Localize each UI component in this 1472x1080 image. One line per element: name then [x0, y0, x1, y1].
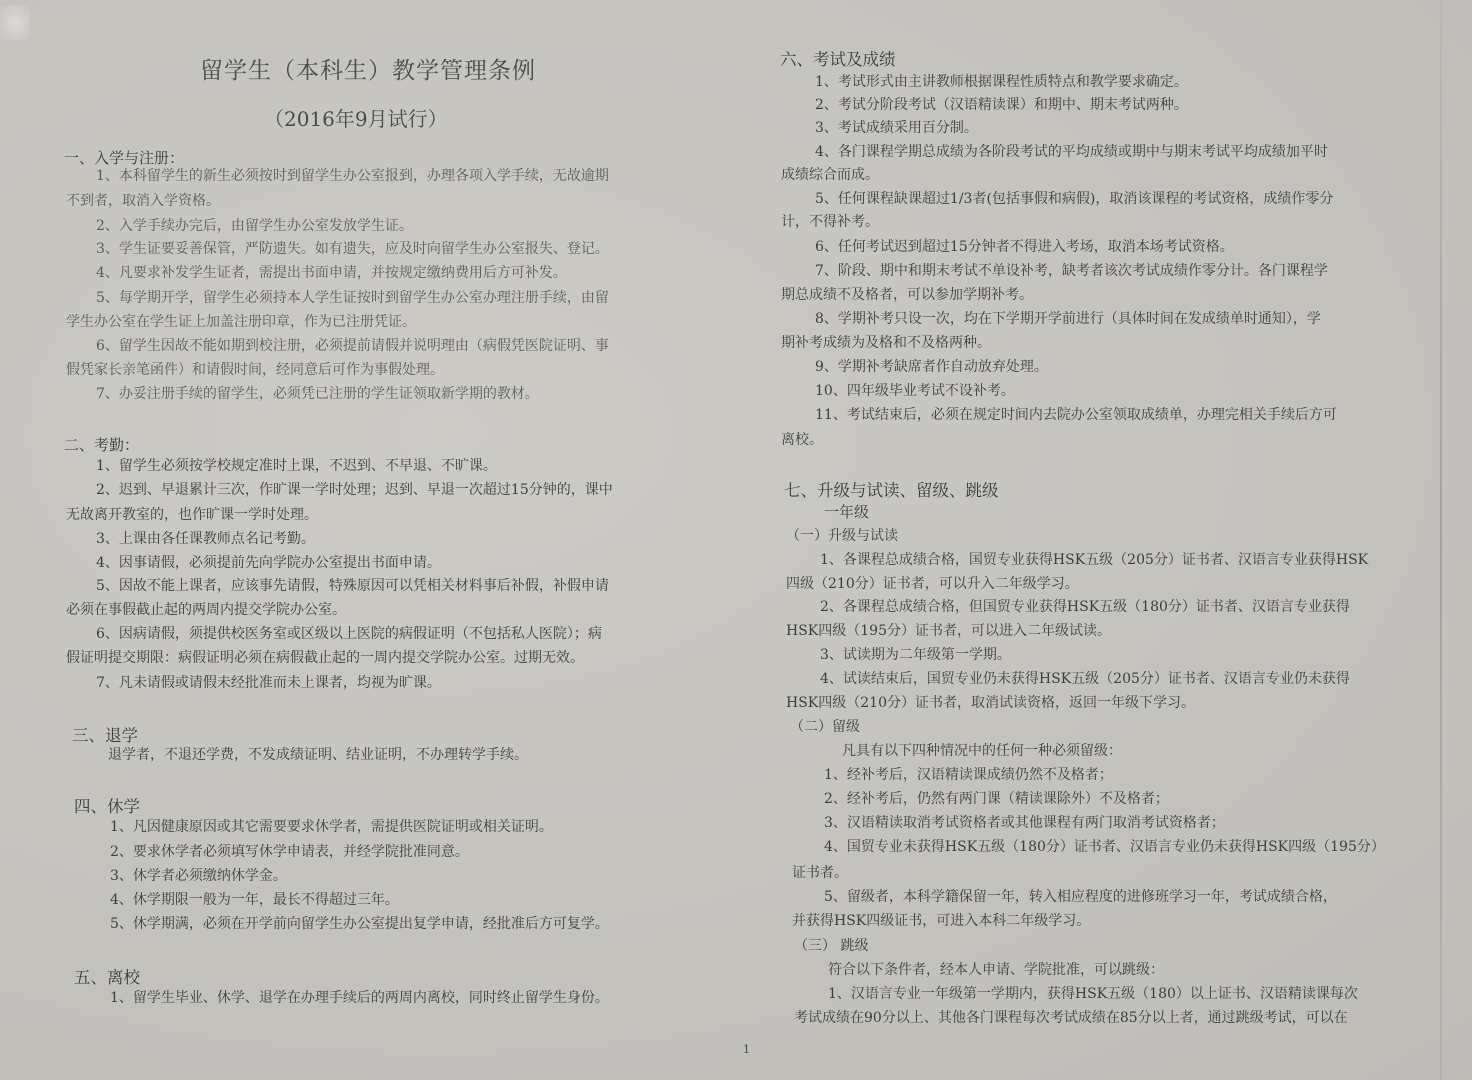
paper-smudge — [0, 5, 30, 40]
list-item: 期补考成绩为及格和不及格两种。 — [781, 334, 991, 352]
section-heading-enrollment: 一、入学与注册： — [64, 147, 184, 168]
list-item: 证书者。 — [792, 864, 848, 882]
list-item: 3、上课由各任课教师点名记考勤。 — [96, 530, 315, 548]
scanned-document-page: 留学生（本科生）教学管理条例 （2016年9月试行） 一、入学与注册： 1、本科… — [0, 0, 1472, 1080]
list-item: 1、本科留学生的新生必须按时到留学生办公室报到，办理各项入学手续，无故逾期 — [96, 167, 609, 185]
list-item: 1、各课程总成绩合格，国贸专业获得HSK五级（205分）证书者、汉语言专业获得H… — [820, 551, 1368, 569]
list-item: 10、四年级毕业考试不设补考。 — [815, 382, 1015, 400]
list-item: 9、学期补考缺席者作自动放弃处理。 — [815, 358, 1048, 376]
list-item: 5、因故不能上课者，应该事先请假，特殊原因可以凭相关材料事后补假，补假申请 — [96, 577, 609, 595]
list-item: 1、凡因健康原因或其它需要要求休学者，需提供医院证明或相关证明。 — [110, 818, 553, 836]
list-item: 假证明提交期限：病假证明必须在病假截止起的一周内提交学院办公室。过期无效。 — [66, 649, 584, 667]
list-item: 7、阶段、期中和期末考试不单设补考，缺考者该次考试成绩作零分计。各门课程学 — [815, 262, 1328, 280]
list-item: 11、考试结束后，必须在规定时间内去院办公室领取成绩单，办理完相关手续后方可 — [815, 406, 1337, 424]
list-item: 1、经补考后，汉语精读课成绩仍然不及格者； — [824, 766, 1113, 784]
list-item: 5、任何课程缺课超过1/3者(包括事假和病假)，取消该课程的考试资格，成绩作零分 — [815, 190, 1333, 208]
list-item: 期总成绩不及格者，可以参加学期补考。 — [781, 286, 1033, 304]
list-item: 5、每学期开学，留学生必须持本人学生证按时到留学生办公室办理注册手续，由留 — [96, 289, 609, 307]
list-item: 7、办妥注册手续的留学生，必须凭已注册的学生证领取新学期的教材。 — [96, 385, 539, 403]
list-item: 4、因事请假，必须提前先向学院办公室提出书面申请。 — [96, 554, 441, 572]
list-item: 2、各课程总成绩合格，但国贸专业获得HSK五级（180分）证书者、汉语言专业获得 — [820, 598, 1350, 616]
list-item: HSK四级（210分）证书者，取消试读资格，返回一年级下学习。 — [786, 694, 1195, 712]
list-item: 1、留学生必须按学校规定准时上课，不迟到、不早退、不旷课。 — [96, 457, 497, 475]
section-heading-attendance: 二、考勤： — [64, 434, 139, 455]
list-item: 4、试读结束后，国贸专业仍未获得HSK五级（205分）证书者、汉语言专业仍未获得 — [820, 670, 1350, 688]
list-item: 4、凡要求补发学生证者，需提出书面申请，并按规定缴纳费用后方可补发。 — [96, 264, 567, 282]
list-item: 必须在事假截止起的两周内提交学院办公室。 — [66, 601, 346, 619]
grade-label: 一年级 — [824, 503, 869, 521]
document-subtitle: （2016年9月试行） — [264, 103, 448, 132]
paper-fold-line — [1440, 0, 1442, 1080]
list-item: HSK四级（195分）证书者，可以进入二年级试读。 — [786, 622, 1111, 640]
list-item: 学生办公室在学生证上加盖注册印章，作为已注册凭证。 — [66, 313, 416, 331]
section-heading-promotion: 七、升级与试读、留级、跳级 — [784, 477, 999, 501]
list-item: 1、考试形式由主讲教师根据课程性质特点和教学要求确定。 — [815, 73, 1188, 91]
list-item: 四级（210分）证书者，可以升入二年级学习。 — [786, 575, 1079, 593]
list-item: 5、休学期满，必须在开学前向留学生办公室提出复学申请，经批准后方可复学。 — [110, 915, 609, 933]
list-item: 6、任何考试迟到超过15分钟者不得进入考场，取消本场考试资格。 — [815, 238, 1234, 256]
subsection-heading-repeat-grade: （二）留级 — [790, 718, 860, 736]
list-item: 计，不得补考。 — [781, 213, 879, 231]
list-item: 3、学生证要妥善保管，严防遗失。如有遗失，应及时向留学生办公室报失、登记。 — [96, 240, 609, 258]
section-heading-withdrawal: 三、退学 — [72, 722, 138, 746]
list-item: 4、国贸专业未获得HSK五级（180分）证书者、汉语言专业仍未获得HSK四级（1… — [824, 838, 1385, 856]
list-item: 凡具有以下四种情况中的任何一种必须留级： — [842, 742, 1122, 760]
list-item: 退学者，不退还学费，不发成绩证明、结业证明，不办理转学手续。 — [108, 746, 528, 764]
list-item: 不到者，取消入学资格。 — [66, 192, 220, 210]
subsection-heading-skip-grade: （三） 跳级 — [794, 937, 868, 955]
list-item: 2、经补考后，仍然有两门课（精读课除外）不及格者； — [824, 790, 1169, 808]
list-item: 3、考试成绩采用百分制。 — [815, 119, 978, 137]
section-heading-leaving-school: 五、离校 — [74, 964, 140, 988]
list-item: 成绩综合而成。 — [781, 166, 879, 184]
list-item: 2、入学手续办完后，由留学生办公室发放学生证。 — [96, 217, 413, 235]
list-item: 2、考试分阶段考试（汉语精读课）和期中、期末考试两种。 — [815, 96, 1188, 114]
list-item: 3、休学者必须缴纳休学金。 — [110, 867, 287, 885]
page-number: 1 — [743, 1043, 750, 1056]
list-item: 考试成绩在90分以上、其他各门课程每次考试成绩在85分以上者，通过跳级考试，可以… — [794, 1009, 1348, 1027]
list-item: 3、汉语精读取消考试资格者或其他课程有两门取消考试资格者； — [824, 814, 1225, 832]
list-item: 离校。 — [781, 431, 823, 449]
list-item: 无故离开教室的，也作旷课一学时处理。 — [66, 506, 318, 524]
list-item: 1、留学生毕业、休学、退学在办理手续后的两周内离校，同时终止留学生身份。 — [110, 989, 609, 1007]
list-item: 2、迟到、早退累计三次，作旷课一学时处理；迟到、早退一次超过15分钟的，课中 — [96, 481, 613, 499]
list-item: 3、试读期为二年级第一学期。 — [820, 646, 1011, 664]
list-item: 并获得HSK四级证书，可进入本科二年级学习。 — [792, 912, 1090, 930]
subsection-heading-promotion-trial: （一）升级与试读 — [786, 527, 898, 545]
list-item: 7、凡未请假或请假未经批准而未上课者，均视为旷课。 — [96, 674, 441, 692]
list-item: 1、汉语言专业一年级第一学期内，获得HSK五级（180）以上证书、汉语精读课每次 — [828, 985, 1358, 1003]
list-item: 8、学期补考只设一次，均在下学期开学前进行（具体时间在发成绩单时通知），学 — [815, 310, 1321, 328]
document-title: 留学生（本科生）教学管理条例 — [200, 52, 536, 85]
list-item: 4、各门课程学期总成绩为各阶段考试的平均成绩或期中与期末考试平均成绩加平时 — [815, 143, 1328, 161]
list-item: 6、留学生因故不能如期到校注册，必须提前请假并说明理由（病假凭医院证明、事 — [96, 337, 609, 355]
list-item: 5、留级者，本科学籍保留一年，转入相应程度的进修班学习一年，考试成绩合格， — [824, 888, 1337, 906]
list-item: 4、休学期限一般为一年，最长不得超过三年。 — [110, 891, 399, 909]
section-heading-exams: 六、考试及成绩 — [780, 46, 896, 70]
list-item: 6、因病请假，须提供校医务室或区级以上医院的病假证明（不包括私人医院）；病 — [96, 625, 602, 643]
section-heading-suspension: 四、休学 — [74, 793, 140, 817]
list-item: 假凭家长亲笔函件）和请假时间，经同意后可作为事假处理。 — [66, 361, 444, 379]
list-item: 符合以下条件者，经本人申请、学院批准，可以跳级： — [828, 961, 1164, 979]
list-item: 2、要求休学者必须填写休学申请表，并经学院批准同意。 — [110, 843, 469, 861]
